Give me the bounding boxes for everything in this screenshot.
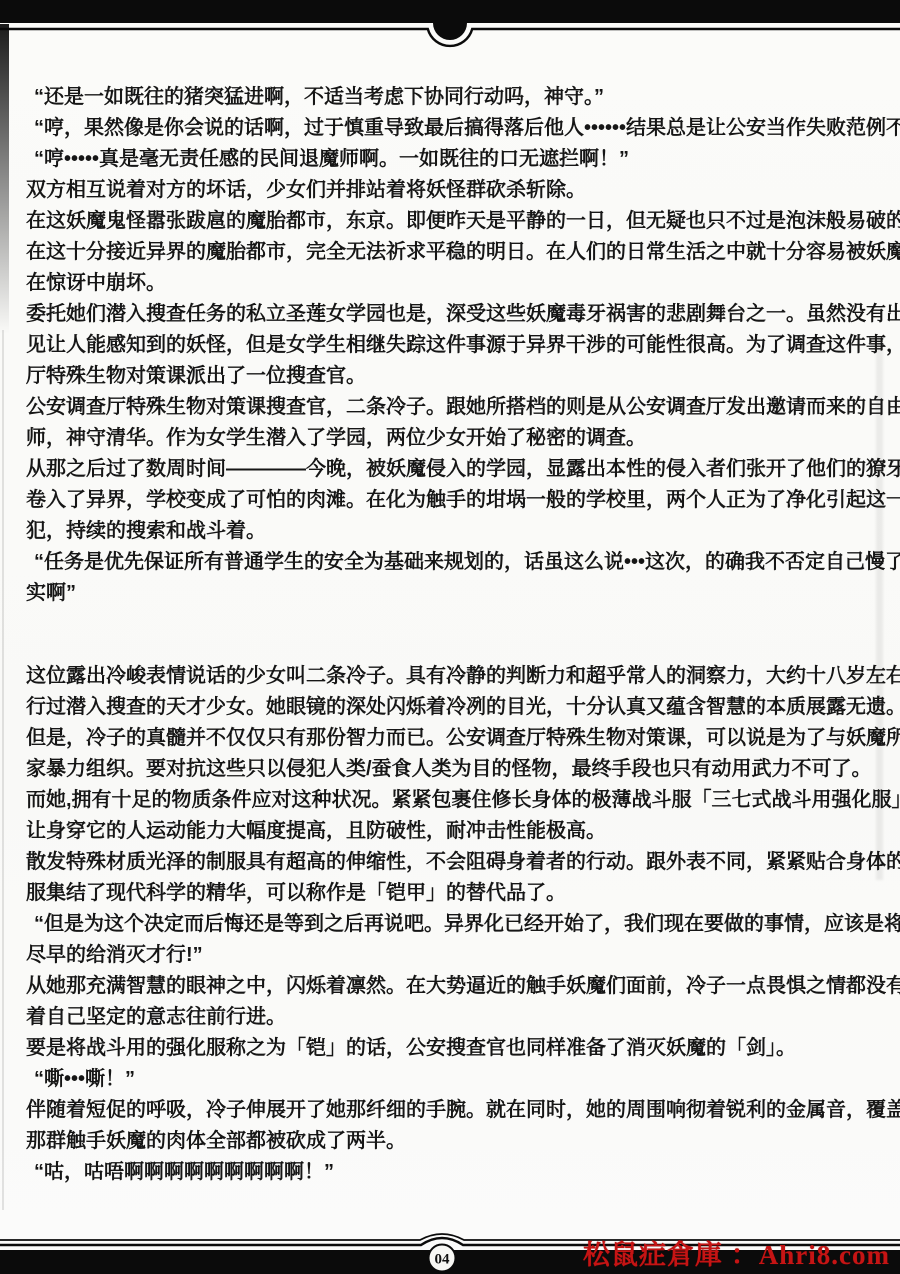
text-line: 尽早的给消灭才行!” bbox=[26, 940, 890, 971]
text-line: 卷入了异界，学校变成了可怕的肉滩。在化为触手的坩埚一般的学校里，两个人正为了净化… bbox=[26, 485, 890, 516]
text-line: 厅特殊生物对策课派出了一位搜查官。 bbox=[26, 361, 890, 392]
text-line: 伴随着短促的呼吸，冷子伸展开了她那纤细的手腕。就在同时，她的周围响彻着锐利的金属… bbox=[26, 1095, 890, 1126]
text-line: 公安调查厅特殊生物对策课搜查官，二条冷子。跟她所搭档的则是从公安调查厅发出邀请而… bbox=[26, 392, 890, 423]
text-line: 那群触手妖魔的肉体全部都被砍成了两半。 bbox=[26, 1126, 890, 1157]
text-line: 实啊” bbox=[26, 578, 890, 609]
text-line: “哼，果然像是你会说的话啊，过于慎重导致最后搞得落后他人••••••结果总是让公… bbox=[26, 113, 890, 144]
text-line: 在这十分接近异界的魔胎都市，完全无法祈求平稳的明日。在人们的日常生活之中就十分容… bbox=[26, 237, 890, 268]
text-line: 犯，持续的搜索和战斗着。 bbox=[26, 516, 890, 547]
text-line: 服集结了现代科学的精华，可以称作是「铠甲」的替代品了。 bbox=[26, 878, 890, 909]
top-frame-border bbox=[0, 0, 900, 52]
page-number: 04 bbox=[435, 1252, 451, 1268]
page-number-medallion: 04 bbox=[429, 1245, 456, 1272]
text-line: “但是为这个决定而后悔还是等到之后再说吧。异界化已经开始了，我们现在要做的事情，… bbox=[26, 909, 890, 940]
text-line: 在这妖魔鬼怪嚣张跋扈的魔胎都市，东京。即便昨天是平静的一日，但无疑也只不过是泡沫… bbox=[26, 206, 890, 237]
text-line: “嘶•••嘶！” bbox=[26, 1064, 890, 1095]
text-line: 从那之后过了数周时间————今晚，被妖魔侵入的学园，显露出本性的侵入者们张开了他… bbox=[26, 454, 890, 485]
text-line: “哼•••••真是毫无责任感的民间退魔师啊。一如既往的口无遮拦啊！” bbox=[26, 144, 890, 175]
text-line: 但是，冷子的真髓并不仅仅只有那份智力而已。公安调查厅特殊生物对策课，可以说是为了… bbox=[26, 723, 890, 754]
text-line: 从她那充满智慧的眼神之中，闪烁着凛然。在大势逼近的触手妖魔们面前，冷子一点畏惧之… bbox=[26, 971, 890, 1002]
text-line: 要是将战斗用的强化服称之为「铠」的话，公安搜查官也同样准备了消灭妖魔的「剑」。 bbox=[26, 1033, 890, 1064]
text-line: 家暴力组织。要对抗这些只以侵犯人类/蚕食人类为目的怪物，最终手段也只有动用武力不… bbox=[26, 754, 890, 785]
text-line: 着自己坚定的意志往前行进。 bbox=[26, 1002, 890, 1033]
text-line: 这位露出冷峻表情说话的少女叫二条冷子。具有冷静的判断力和超乎常人的洞察力，大约十… bbox=[26, 661, 890, 692]
text-line: 委托她们潜入搜查任务的私立圣莲女学园也是，深受这些妖魔毒牙祸害的悲剧舞台之一。虽… bbox=[26, 299, 890, 330]
watermark: 松鼠症倉庫 ：Ahri8.com bbox=[583, 1238, 890, 1272]
text-line: 而她,拥有十足的物质条件应对这种状况。紧紧包裹住修长身体的极薄战斗服「三七式战斗… bbox=[26, 785, 890, 816]
text-line: 行过潜入搜查的天才少女。她眼镜的深处闪烁着冷冽的目光，十分认真又蕴含智慧的本质展… bbox=[26, 692, 890, 723]
text-line: 双方相互说着对方的坏话，少女们并排站着将妖怪群砍杀斩除。 bbox=[26, 175, 890, 206]
scan-left-shadow bbox=[0, 24, 9, 334]
text-line: 师，神守清华。作为女学生潜入了学园，两位少女开始了秘密的调查。 bbox=[26, 423, 890, 454]
text-line: 让身穿它的人运动能力大幅度提高，且防破性，耐冲击性能极高。 bbox=[26, 816, 890, 847]
text-line: “还是一如既往的猪突猛进啊，不适当考虑下协同行动吗，神守。” bbox=[26, 82, 890, 113]
text-line: 散发特殊材质光泽的制服具有超高的伸缩性，不会阻碍身着者的行动。跟外表不同，紧紧贴… bbox=[26, 847, 890, 878]
text-line: 在惊讶中崩坏。 bbox=[26, 268, 890, 299]
scanned-document-page: “还是一如既往的猪突猛进啊，不适当考虑下协同行动吗，神守。”“哼，果然像是你会说… bbox=[0, 0, 900, 1274]
text-content: “还是一如既往的猪突猛进啊，不适当考虑下协同行动吗，神守。”“哼，果然像是你会说… bbox=[26, 82, 890, 1188]
text-line: 见让人能感知到的妖怪，但是女学生相继失踪这件事源于异界干涉的可能性很高。为了调查… bbox=[26, 330, 890, 361]
scan-left-hairline bbox=[2, 330, 4, 1210]
text-line: “任务是优先保证所有普通学生的安全为基础来规划的，话虽这么说•••这次，的确我不… bbox=[26, 547, 890, 578]
text-line: “咕，咕唔啊啊啊啊啊啊啊啊啊！” bbox=[26, 1157, 890, 1188]
